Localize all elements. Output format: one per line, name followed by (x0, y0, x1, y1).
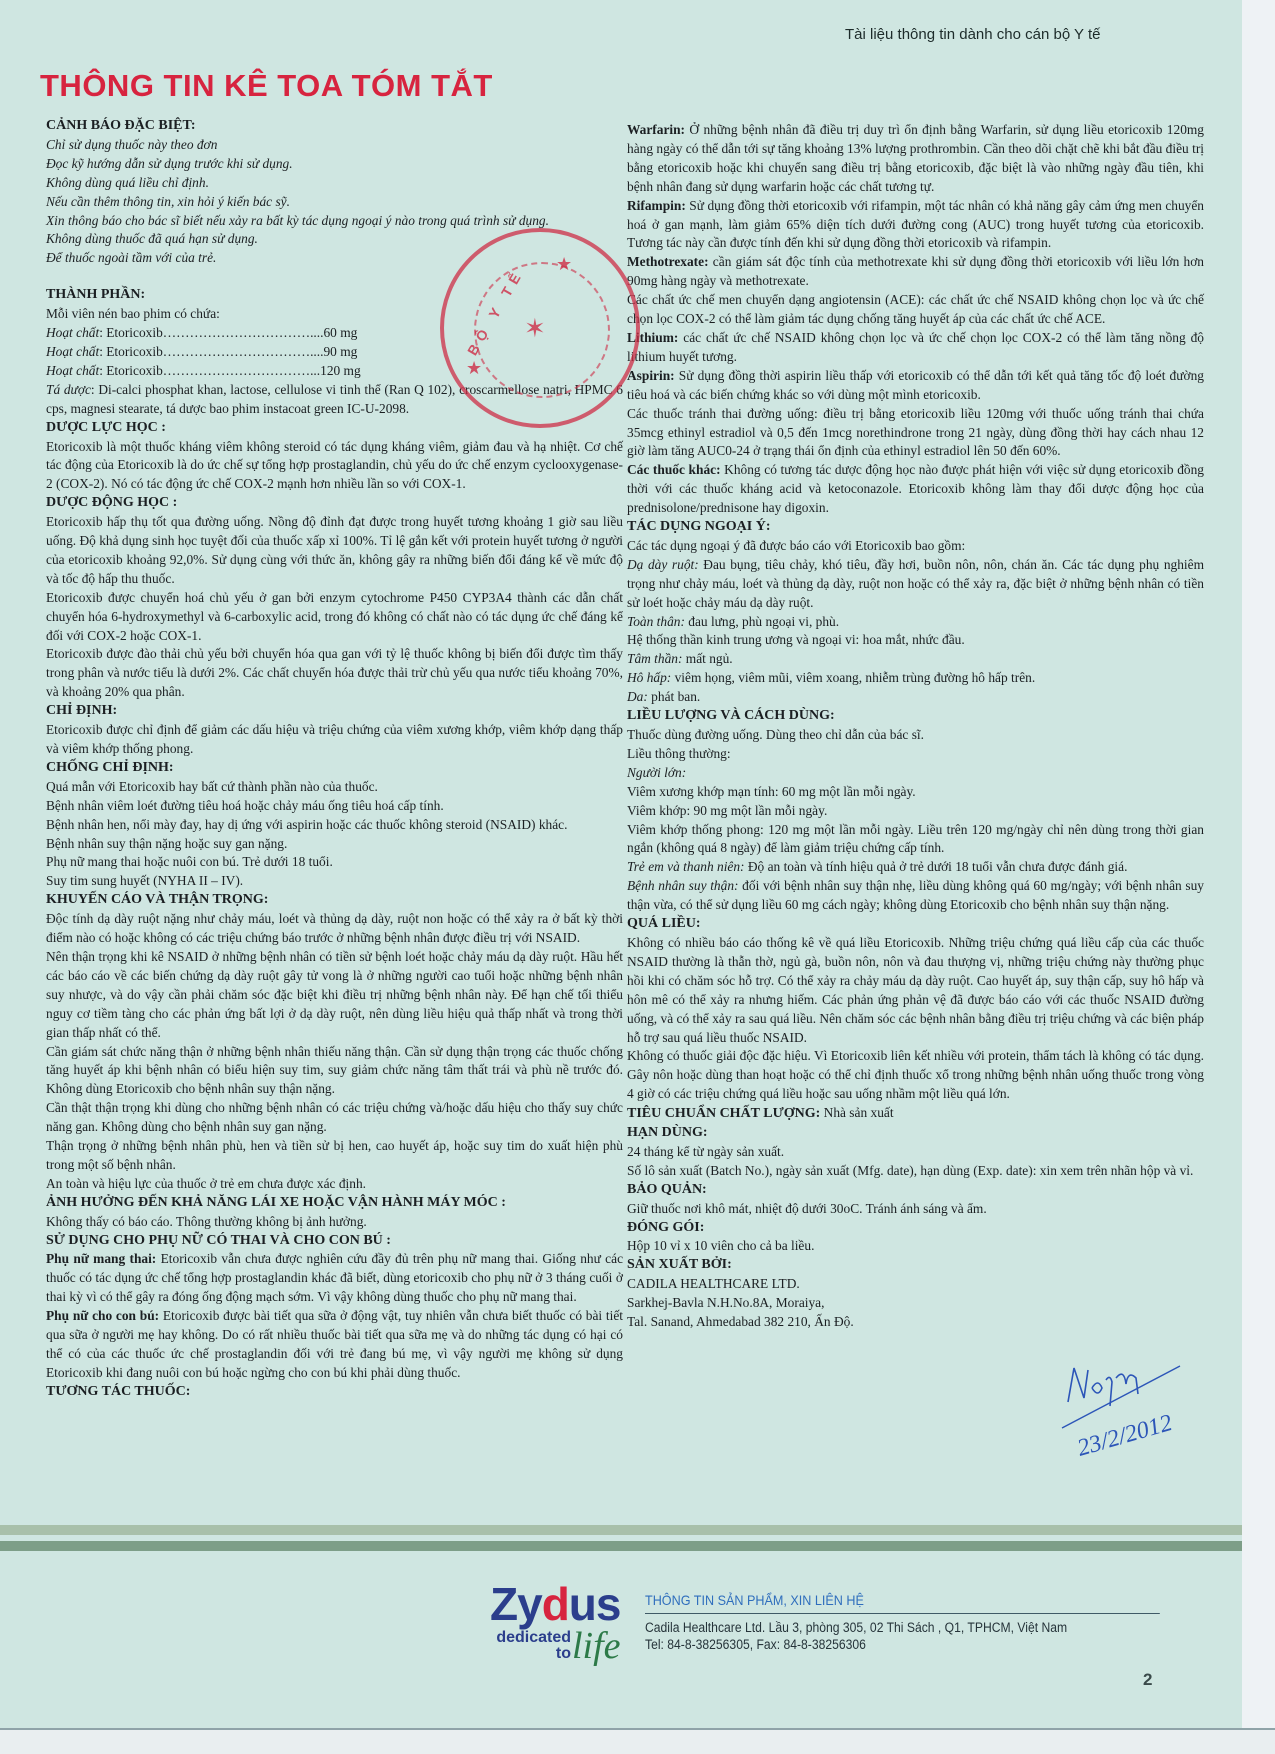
section-warnings-precautions: KHUYẾN CÁO VÀ THẬN TRỌNG: Độc tính dạ dà… (46, 891, 623, 1194)
adverse-item: Da: phát ban. (627, 688, 1204, 707)
section-heading: LIỀU LƯỢNG VÀ CÁCH DÙNG: (627, 707, 1204, 726)
contact-phone: Tel: 84-8-38256305, Fax: 84-8-38256306 (645, 1637, 1109, 1652)
dose-line: Hoạt chất: Etoricoxib……………………………....90 m… (46, 343, 623, 362)
paragraph: Không có thuốc giải độc đặc hiệu. Vì Eto… (627, 1047, 1204, 1104)
section-heading: TƯƠNG TÁC THUỐC: (46, 1383, 623, 1402)
page-title: THÔNG TIN KÊ TOA TÓM TẮT (40, 68, 493, 104)
paragraph: Nên thận trọng khi kê NSAID ở những bệnh… (46, 948, 623, 1043)
interaction-item: Rifampin: Sử dụng đồng thời etoricoxib v… (627, 197, 1204, 254)
section-heading: QUÁ LIỀU: (627, 915, 1204, 934)
section-heading: DƯỢC LỰC HỌC : (46, 419, 623, 438)
paragraph: Thận trọng ở những bệnh nhân phù, hen và… (46, 1137, 623, 1175)
paragraph: Các tác dụng ngoại ý đã được báo cáo với… (627, 537, 1204, 556)
list-item: Suy tim sung huyết (NYHA II – IV). (46, 872, 623, 891)
dose-line: Hoạt chất: Etoricoxib……………………………....60 m… (46, 324, 623, 343)
handwritten-signature: 23/2/2012 (1060, 1358, 1210, 1468)
adverse-item: Toàn thân: đau lưng, phù ngoại vi, phù. (627, 613, 1204, 632)
section-heading: HẠN DÙNG: (627, 1124, 1204, 1143)
paragraph: Etoricoxib được đào thải chủ yếu bởi chu… (46, 645, 623, 702)
section-adverse-effects: TÁC DỤNG NGOẠI Ý: Các tác dụng ngoại ý đ… (627, 518, 1204, 707)
page-number: 2 (1143, 1670, 1152, 1690)
paragraph: Thuốc dùng đường uống. Dùng theo chỉ dẫn… (627, 726, 1204, 745)
section-pharmacokinetics: DƯỢC ĐỘNG HỌC : Etoricoxib hấp thụ tốt q… (46, 494, 623, 702)
list-item: Bệnh nhân viêm loét đường tiêu hoá hoặc … (46, 797, 623, 816)
footer-stripe (0, 1541, 1242, 1551)
paper-edge (0, 1728, 1275, 1754)
contact-block: THÔNG TIN SẢN PHẨM, XIN LIÊN HỆ Cadila H… (645, 1592, 1160, 1652)
section-heading: BẢO QUẢN: (627, 1181, 1204, 1200)
warning-line: Chỉ sử dụng thuốc này theo đơn (46, 136, 623, 155)
paragraph: Trẻ em và thanh niên: Độ an toàn và tính… (627, 858, 1204, 877)
section-heading: CHỐNG CHỈ ĐỊNH: (46, 759, 623, 778)
section-dosage: LIỀU LƯỢNG VÀ CÁCH DÙNG: Thuốc dùng đườn… (627, 707, 1204, 915)
right-column: Warfarin: Ở những bệnh nhân đã điều trị … (627, 121, 1204, 1332)
composition-intro: Mỗi viên nén bao phim có chứa: (46, 305, 623, 324)
paragraph: Bệnh nhân suy thận: đối với bệnh nhân su… (627, 877, 1204, 915)
section-heading: ẢNH HƯỞNG ĐẾN KHẢ NĂNG LÁI XE HOẶC VẬN H… (46, 1194, 623, 1213)
paragraph: Etoricoxib là một thuốc kháng viêm không… (46, 438, 623, 495)
section-interactions: Warfarin: Ở những bệnh nhân đã điều trị … (627, 121, 1204, 518)
list-item: Bệnh nhân hen, nổi mày đay, hay dị ứng v… (46, 816, 623, 835)
interaction-item: Warfarin: Ở những bệnh nhân đã điều trị … (627, 121, 1204, 197)
warning-line: Đọc kỹ hướng dẫn sử dụng trước khi sử dụ… (46, 155, 623, 174)
adverse-item: Tâm thần: mất ngủ. (627, 650, 1204, 669)
paragraph: Cần thật thận trọng khi dùng cho những b… (46, 1099, 623, 1137)
section-heading: TÁC DỤNG NGOẠI Ý: (627, 518, 1204, 537)
paragraph: Không thấy có báo cáo. Thông thường khôn… (46, 1213, 623, 1232)
section-contraindications: CHỐNG CHỈ ĐỊNH: Quá mẫn với Etoricoxib h… (46, 759, 623, 891)
paragraph: Etoricoxib hấp thụ tốt qua đường uống. N… (46, 513, 623, 589)
contact-address: Cadila Healthcare Ltd. Lầu 3, phòng 305,… (645, 1620, 1109, 1635)
warning-line: Xin thông báo cho bác sĩ biết nếu xảy ra… (46, 212, 623, 231)
section-heading: SỬ DỤNG CHO PHỤ NỮ CÓ THAI VÀ CHO CON BÚ… (46, 1232, 623, 1251)
signature-date: 23/2/2012 (1074, 1410, 1175, 1462)
section-heading: KHUYẾN CÁO VÀ THẬN TRỌNG: (46, 891, 623, 910)
dose-line: Viêm xương khớp mạn tính: 60 mg một lần … (627, 783, 1204, 802)
logo-life: life (572, 1624, 621, 1668)
section-heading: SẢN XUẤT BỞI: (627, 1256, 1204, 1275)
excipients: Tá dược: Di-calci phosphat khan, lactose… (46, 381, 623, 419)
section-heading: ĐÓNG GÓI: (627, 1219, 1204, 1238)
list-item: Bệnh nhân suy thận nặng hoặc suy gan nặn… (46, 835, 623, 854)
section-driving: ẢNH HƯỞNG ĐẾN KHẢ NĂNG LÁI XE HOẶC VẬN H… (46, 1194, 623, 1232)
interaction-item: Các chất ức chế men chuyển dạng angioten… (627, 291, 1204, 329)
adverse-item: Hệ thống thần kinh trung ương và ngoại v… (627, 631, 1204, 650)
section-composition: THÀNH PHẦN: Mỗi viên nén bao phim có chứ… (46, 286, 623, 418)
dose-line: Viêm khớp thống phong: 120 mg một lần mỗ… (627, 821, 1204, 859)
paragraph: Giữ thuốc nơi khô mát, nhiệt độ dưới 30o… (627, 1200, 1204, 1219)
warning-line: Không dùng quá liều chỉ định. (46, 174, 623, 193)
document-page: Tài liệu thông tin dành cho cán bộ Y tế … (0, 0, 1242, 1728)
logo-tagline: dedicatedto (493, 1630, 571, 1662)
warning-list: Chỉ sử dụng thuốc này theo đơn Đọc kỹ hư… (46, 136, 623, 268)
paragraph: Cần giám sát chức năng thận ở những bệnh… (46, 1043, 623, 1100)
section-heading: CẢNH BÁO ĐẶC BIỆT: (46, 117, 623, 136)
warning-line: Để thuốc ngoài tầm với của trẻ. (46, 249, 623, 268)
section-manufacturer: SẢN XUẤT BỞI: CADILA HEALTHCARE LTD. Sar… (627, 1256, 1204, 1332)
paragraph: Hộp 10 vỉ x 10 viên cho cả ba liều. (627, 1237, 1204, 1256)
interaction-item: Các thuốc tránh thai đường uống: điều tr… (627, 405, 1204, 462)
paragraph: Số lô sản xuất (Batch No.), ngày sản xuấ… (627, 1162, 1204, 1181)
section-overdose: QUÁ LIỀU: Không có nhiều báo cáo thống k… (627, 915, 1204, 1104)
zydus-logo: Zydus dedicatedto life (490, 1580, 630, 1670)
section-shelf-life: HẠN DÙNG: 24 tháng kể từ ngày sản xuất. … (627, 1124, 1204, 1181)
paragraph: Phụ nữ cho con bú: Etoricoxib được bài t… (46, 1307, 623, 1383)
section-pharmacodynamics: DƯỢC LỰC HỌC : Etoricoxib là một thuốc k… (46, 419, 623, 495)
header-note: Tài liệu thông tin dành cho cán bộ Y tế (845, 26, 1100, 43)
left-column: CẢNH BÁO ĐẶC BIỆT: Chỉ sử dụng thuốc này… (46, 117, 623, 1402)
dose-line: Hoạt chất: Etoricoxib……………………………...120 m… (46, 362, 623, 381)
interaction-item: Các thuốc khác: Không có tương tác dược … (627, 461, 1204, 518)
address-line: CADILA HEALTHCARE LTD. (627, 1275, 1204, 1294)
section-heading: CHỈ ĐỊNH: (46, 702, 623, 721)
paragraph: Phụ nữ mang thai: Etoricoxib vẫn chưa đư… (46, 1250, 623, 1307)
paragraph: Không có nhiều báo cáo thống kê về quá l… (627, 934, 1204, 1047)
paragraph: Etoricoxib được chỉ định để giảm các dấu… (46, 721, 623, 759)
section-warning: CẢNH BÁO ĐẶC BIỆT: Chỉ sử dụng thuốc này… (46, 117, 623, 268)
section-packaging: ĐÓNG GÓI: Hộp 10 vỉ x 10 viên cho cả ba … (627, 1219, 1204, 1257)
address-line: Sarkhej-Bavla N.H.No.8A, Moraiya, (627, 1294, 1204, 1313)
adverse-item: Dạ dày ruột: Đau bụng, tiêu chảy, khó ti… (627, 556, 1204, 613)
interaction-item: Aspirin: Sử dụng đồng thời aspirin liều … (627, 367, 1204, 405)
section-quality: TIÊU CHUẨN CHẤT LƯỢNG: Nhà sản xuất (627, 1104, 1204, 1124)
section-heading: DƯỢC ĐỘNG HỌC : (46, 494, 623, 513)
section-storage: BẢO QUẢN: Giữ thuốc nơi khô mát, nhiệt đ… (627, 1181, 1204, 1219)
interaction-item: Lithium: các chất ức chế NSAID không chọ… (627, 329, 1204, 367)
subheading: Người lớn: (627, 764, 1204, 783)
section-heading: THÀNH PHẦN: (46, 286, 623, 305)
section-pregnancy: SỬ DỤNG CHO PHỤ NỮ CÓ THAI VÀ CHO CON BÚ… (46, 1232, 623, 1383)
interaction-item: Methotrexate: cần giám sát độc tính của … (627, 253, 1204, 291)
warning-line: Không dùng thuốc đã quá hạn sử dụng. (46, 230, 623, 249)
paragraph: An toàn và hiệu lực của thuốc ở trẻ em c… (46, 1175, 623, 1194)
contact-heading: THÔNG TIN SẢN PHẨM, XIN LIÊN HỆ (645, 1592, 1159, 1614)
adverse-item: Hô hấp: viêm họng, viêm mũi, viêm xoang,… (627, 669, 1204, 688)
footer-stripe (0, 1525, 1242, 1535)
section-indications: CHỈ ĐỊNH: Etoricoxib được chỉ định để gi… (46, 702, 623, 759)
list-item: Quá mẫn với Etoricoxib hay bất cứ thành … (46, 778, 623, 797)
address-line: Tal. Sanand, Ahmedabad 382 210, Ấn Độ. (627, 1313, 1204, 1332)
paragraph: Liều thông thường: (627, 745, 1204, 764)
list-item: Phụ nữ mang thai hoặc nuôi con bú. Trẻ d… (46, 853, 623, 872)
paragraph: Etoricoxib được chuyển hoá chủ yếu ở gan… (46, 589, 623, 646)
logo-wordmark: Zydus (490, 1580, 630, 1628)
warning-line: Nếu cần thêm thông tin, xin hỏi ý kiến b… (46, 193, 623, 212)
dose-line: Viêm khớp: 90 mg một lần mỗi ngày. (627, 802, 1204, 821)
paragraph: 24 tháng kể từ ngày sản xuất. (627, 1143, 1204, 1162)
paragraph: Độc tính dạ dày ruột nặng như chảy máu, … (46, 910, 623, 948)
